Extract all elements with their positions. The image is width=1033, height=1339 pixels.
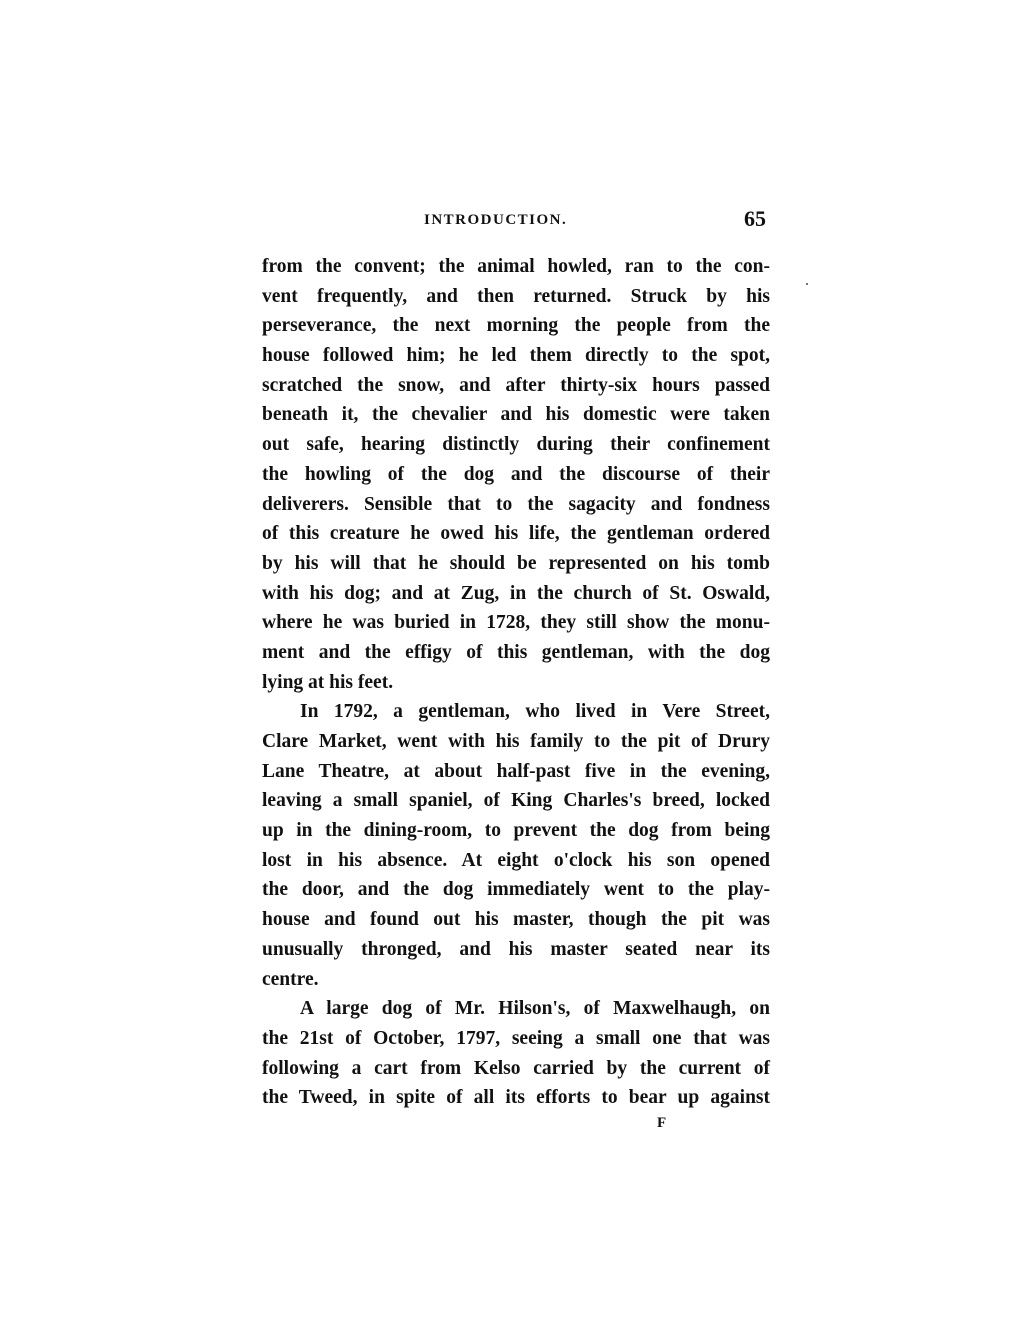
signature-mark: F: [657, 1115, 666, 1132]
text-line: with his dog; and at Zug, in the church …: [262, 579, 770, 609]
text-line: vent frequently, and then returned. Stru…: [262, 282, 770, 312]
paragraph: In 1792, a gentleman, who lived in Vere …: [262, 697, 770, 994]
text-line: lying at his feet.: [262, 668, 770, 698]
text-line: where he was buried in 1728, they still …: [262, 608, 770, 638]
text-line: deliverers. Sensible that to the sagacit…: [262, 490, 770, 520]
running-head: INTRODUCTION. 65: [264, 206, 770, 236]
text-line: the 21st of October, 1797, seeing a smal…: [262, 1024, 770, 1054]
paragraph: from the convent; the animal howled, ran…: [262, 252, 770, 697]
text-line: house and found out his master, though t…: [262, 905, 770, 935]
text-line: the howling of the dog and the discourse…: [262, 460, 770, 490]
text-line: by his will that he should be represente…: [262, 549, 770, 579]
text-line: A large dog of Mr. Hilson's, of Maxwelha…: [262, 994, 770, 1024]
text-line: the Tweed, in spite of all its efforts t…: [262, 1083, 770, 1113]
scan-speck: [806, 283, 808, 285]
text-line: Clare Market, went with his family to th…: [262, 727, 770, 757]
page-number: 65: [744, 206, 766, 232]
text-line: centre.: [262, 965, 770, 995]
text-line: unusually thronged, and his master seate…: [262, 935, 770, 965]
text-line: from the convent; the animal howled, ran…: [262, 252, 770, 282]
text-line: house followed him; he led them directly…: [262, 341, 770, 371]
text-line: leaving a small spaniel, of King Charles…: [262, 786, 770, 816]
book-page: INTRODUCTION. 65 from the convent; the a…: [0, 0, 1033, 1339]
running-title: INTRODUCTION.: [424, 212, 567, 229]
text-line: In 1792, a gentleman, who lived in Vere …: [262, 697, 770, 727]
paragraph: A large dog of Mr. Hilson's, of Maxwelha…: [262, 994, 770, 1113]
text-line: lost in his absence. At eight o'clock hi…: [262, 846, 770, 876]
text-line: Lane Theatre, at about half-past five in…: [262, 757, 770, 787]
text-line: up in the dining-room, to prevent the do…: [262, 816, 770, 846]
text-line: perseverance, the next morning the peopl…: [262, 311, 770, 341]
text-line: ment and the effigy of this gentleman, w…: [262, 638, 770, 668]
text-line: following a cart from Kelso carried by t…: [262, 1054, 770, 1084]
text-line: beneath it, the chevalier and his domest…: [262, 400, 770, 430]
text-line: of this creature he owed his life, the g…: [262, 519, 770, 549]
text-line: out safe, hearing distinctly during thei…: [262, 430, 770, 460]
text-line: the door, and the dog immediately went t…: [262, 875, 770, 905]
text-line: scratched the snow, and after thirty-six…: [262, 371, 770, 401]
body-text: from the convent; the animal howled, ran…: [262, 252, 770, 1113]
